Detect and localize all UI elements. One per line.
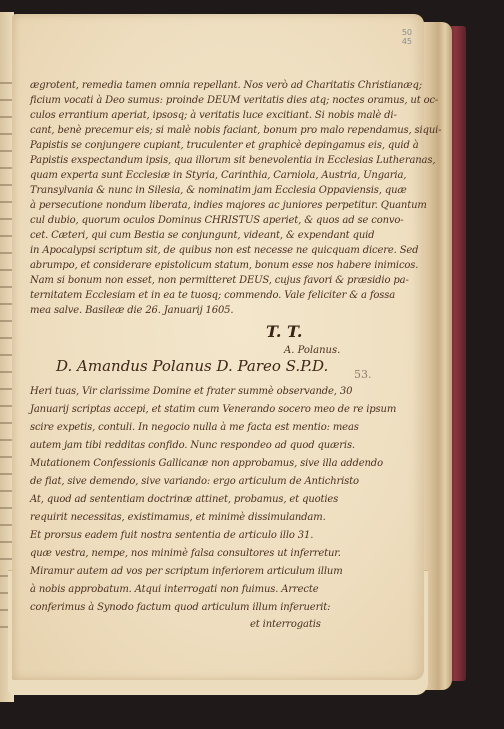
text-line: conferimus à Synodo factum quod articulu… <box>30 602 330 613</box>
text-line: Miramur autem ad vos per scriptum inferi… <box>30 566 343 577</box>
text-line: Papistis exspectandum ipsis, qua illorum… <box>30 155 435 166</box>
text-line: Mutationem Confessionis Gallicanæ non ap… <box>30 458 383 469</box>
letter-heading: D. Amandus Polanus D. Pareo S.P.D. <box>56 357 328 375</box>
text-line: quam experta sunt Ecclesiæ in Styria, Ca… <box>30 170 406 181</box>
signature-name: A. Polanus. <box>284 345 340 356</box>
text-line: Nam si bonum non esset, non permitteret … <box>30 275 409 286</box>
folio-mark-top: 50 <box>402 28 412 37</box>
signature-initials: T. T. <box>266 322 302 341</box>
text-line: Et prorsus eadem fuit nostra sententia d… <box>30 530 313 541</box>
facing-page-text <box>0 72 12 632</box>
text-line: cul dubio, quorum oculos Dominus CHRISTU… <box>30 215 404 226</box>
text-line: cet. Cæteri, qui cum Bestia se conjungun… <box>30 230 374 241</box>
text-line: quæ vestra, nempe, nos minimè falsa cons… <box>30 548 341 559</box>
text-line: abrumpo, et considerare epistolicum stat… <box>30 260 418 271</box>
text-line: requirit necessitas, existimamus, et min… <box>30 512 326 523</box>
text-line: de fiat, sive demendo, sive variando: er… <box>30 476 359 487</box>
text-line: à nobis approbatum. Atqui interrogati no… <box>30 584 318 595</box>
text-line: ægrotent, remedia tamen omnia repellant.… <box>30 80 422 91</box>
text-line: à persecutione nondum liberata, indies m… <box>30 200 427 211</box>
text-line: autem jam tibi redditas confido. Nunc re… <box>30 440 355 451</box>
text-line: mea salve. Basileæ die 26. Januarij 1605… <box>30 305 233 316</box>
text-line: Heri tuas, Vir clarissime Domine et frat… <box>30 386 352 397</box>
text-line: scire expetis, contuli. In negocio nulla… <box>30 422 359 433</box>
folio-marks: 50 45 <box>402 28 412 46</box>
text-line: cant, benè precemur eis; si malè nobis f… <box>30 125 441 136</box>
text-line: Januarij scriptas accepi, et statim cum … <box>30 404 396 415</box>
folio-mark-bottom: 45 <box>402 37 412 46</box>
text-line: Papistis se conjungere cupiant, truculen… <box>30 140 419 151</box>
text-line: Transylvania & nunc in Silesia, & nomina… <box>30 185 407 196</box>
text-line: At, quod ad sententiam doctrinæ attinet,… <box>30 494 338 505</box>
text-line-catchword: et interrogatis <box>250 619 321 630</box>
text-line: ternitatem Ecclesiam et in ea te tuosq; … <box>30 290 395 301</box>
text-line: ficium vocati à Deo sumus: proinde DEUM … <box>30 95 438 106</box>
text-line: culos errantium aperiat, ipsosq; à verit… <box>30 110 397 121</box>
text-line: in Apocalypsi scriptum sit, de quibus no… <box>30 245 418 256</box>
margin-number: 53. <box>354 368 372 381</box>
manuscript-page: 50 45 ægrotent, remedia tamen omnia repe… <box>12 14 424 680</box>
